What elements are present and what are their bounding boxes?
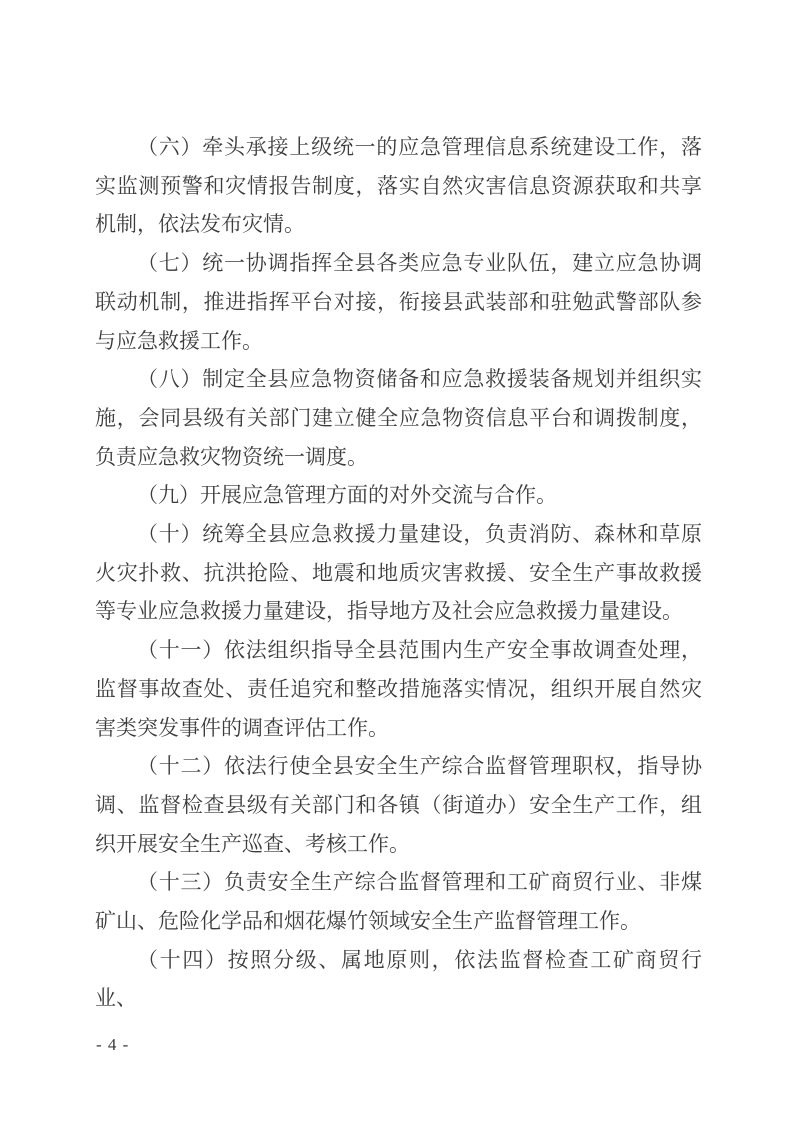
page-footer: - 4 - xyxy=(96,1034,129,1056)
paragraph: （十一）依法组织指导全县范围内生产安全事故调查处理，监督事故查处、责任追究和整改… xyxy=(95,631,702,747)
paragraph: （七）统一协调指挥全县各类应急专业队伍，建立应急协调联动机制，推进指挥平台对接，… xyxy=(95,244,702,360)
paragraph: （十）统筹全县应急救援力量建设，负责消防、森林和草原火灾扑救、抗洪抢险、地震和地… xyxy=(95,515,702,631)
page-number: - 4 - xyxy=(96,1035,129,1054)
paragraph: （十三）负责安全生产综合监督管理和工矿商贸行业、非煤矿山、危险化学品和烟花爆竹领… xyxy=(95,863,702,940)
paragraph: （十四）按照分级、属地原则，依法监督检查工矿商贸行业、 xyxy=(95,941,702,1018)
document-body: （六）牵头承接上级统一的应急管理信息系统建设工作，落实监测预警和灾情报告制度，落… xyxy=(95,128,702,1018)
paragraph: （十二）依法行使全县安全生产综合监督管理职权，指导协调、监督检查县级有关部门和各… xyxy=(95,747,702,863)
paragraph: （九）开展应急管理方面的对外交流与合作。 xyxy=(95,476,702,515)
paragraph: （六）牵头承接上级统一的应急管理信息系统建设工作，落实监测预警和灾情报告制度，落… xyxy=(95,128,702,244)
paragraph: （八）制定全县应急物资储备和应急救援装备规划并组织实施，会同县级有关部门建立健全… xyxy=(95,360,702,476)
document-page: （六）牵头承接上级统一的应急管理信息系统建设工作，落实监测预警和灾情报告制度，落… xyxy=(0,0,793,1122)
